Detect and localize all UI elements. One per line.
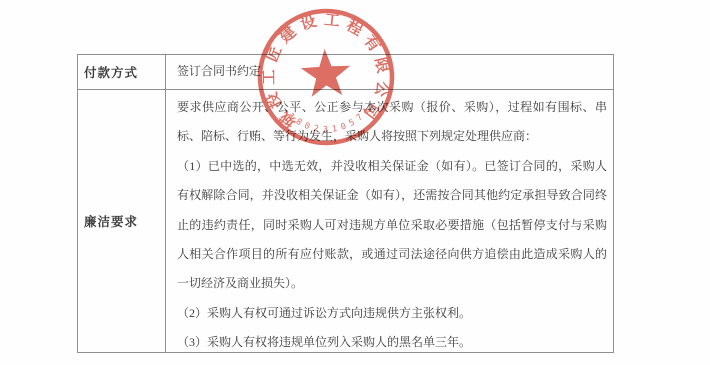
procurement-terms-table: 付款方式 签订合同书约定 廉洁要求 要求供应商公开、公平、公正参与本次采购（报价… [77, 54, 614, 353]
payment-method-label: 付款方式 [78, 55, 166, 89]
integrity-paragraph-intro: 要求供应商公开、公平、公正参与本次采购（报价、采购），过程如有围标、串标、陪标、… [177, 93, 607, 152]
integrity-requirement-text: 要求供应商公开、公平、公正参与本次采购（报价、采购），过程如有围标、串标、陪标、… [166, 90, 613, 352]
integrity-paragraph-item1: （1）已中选的，中选无效，并没收相关保证金（如有）。已签订合同的，采购人有权解除… [177, 152, 607, 299]
integrity-requirement-label: 廉洁要求 [78, 90, 166, 352]
table-row: 付款方式 签订合同书约定 [78, 55, 613, 90]
integrity-paragraph-item2: （2）采购人有权可通过诉讼方式向违规供方主张权利。 [177, 299, 607, 328]
integrity-paragraph-item3: （3）采购人有权将违规单位列入采购人的黑名单三年。 [177, 328, 607, 357]
table-row: 廉洁要求 要求供应商公开、公平、公正参与本次采购（报价、采购），过程如有围标、串… [78, 90, 613, 352]
payment-method-value: 签订合同书约定 [166, 55, 613, 89]
